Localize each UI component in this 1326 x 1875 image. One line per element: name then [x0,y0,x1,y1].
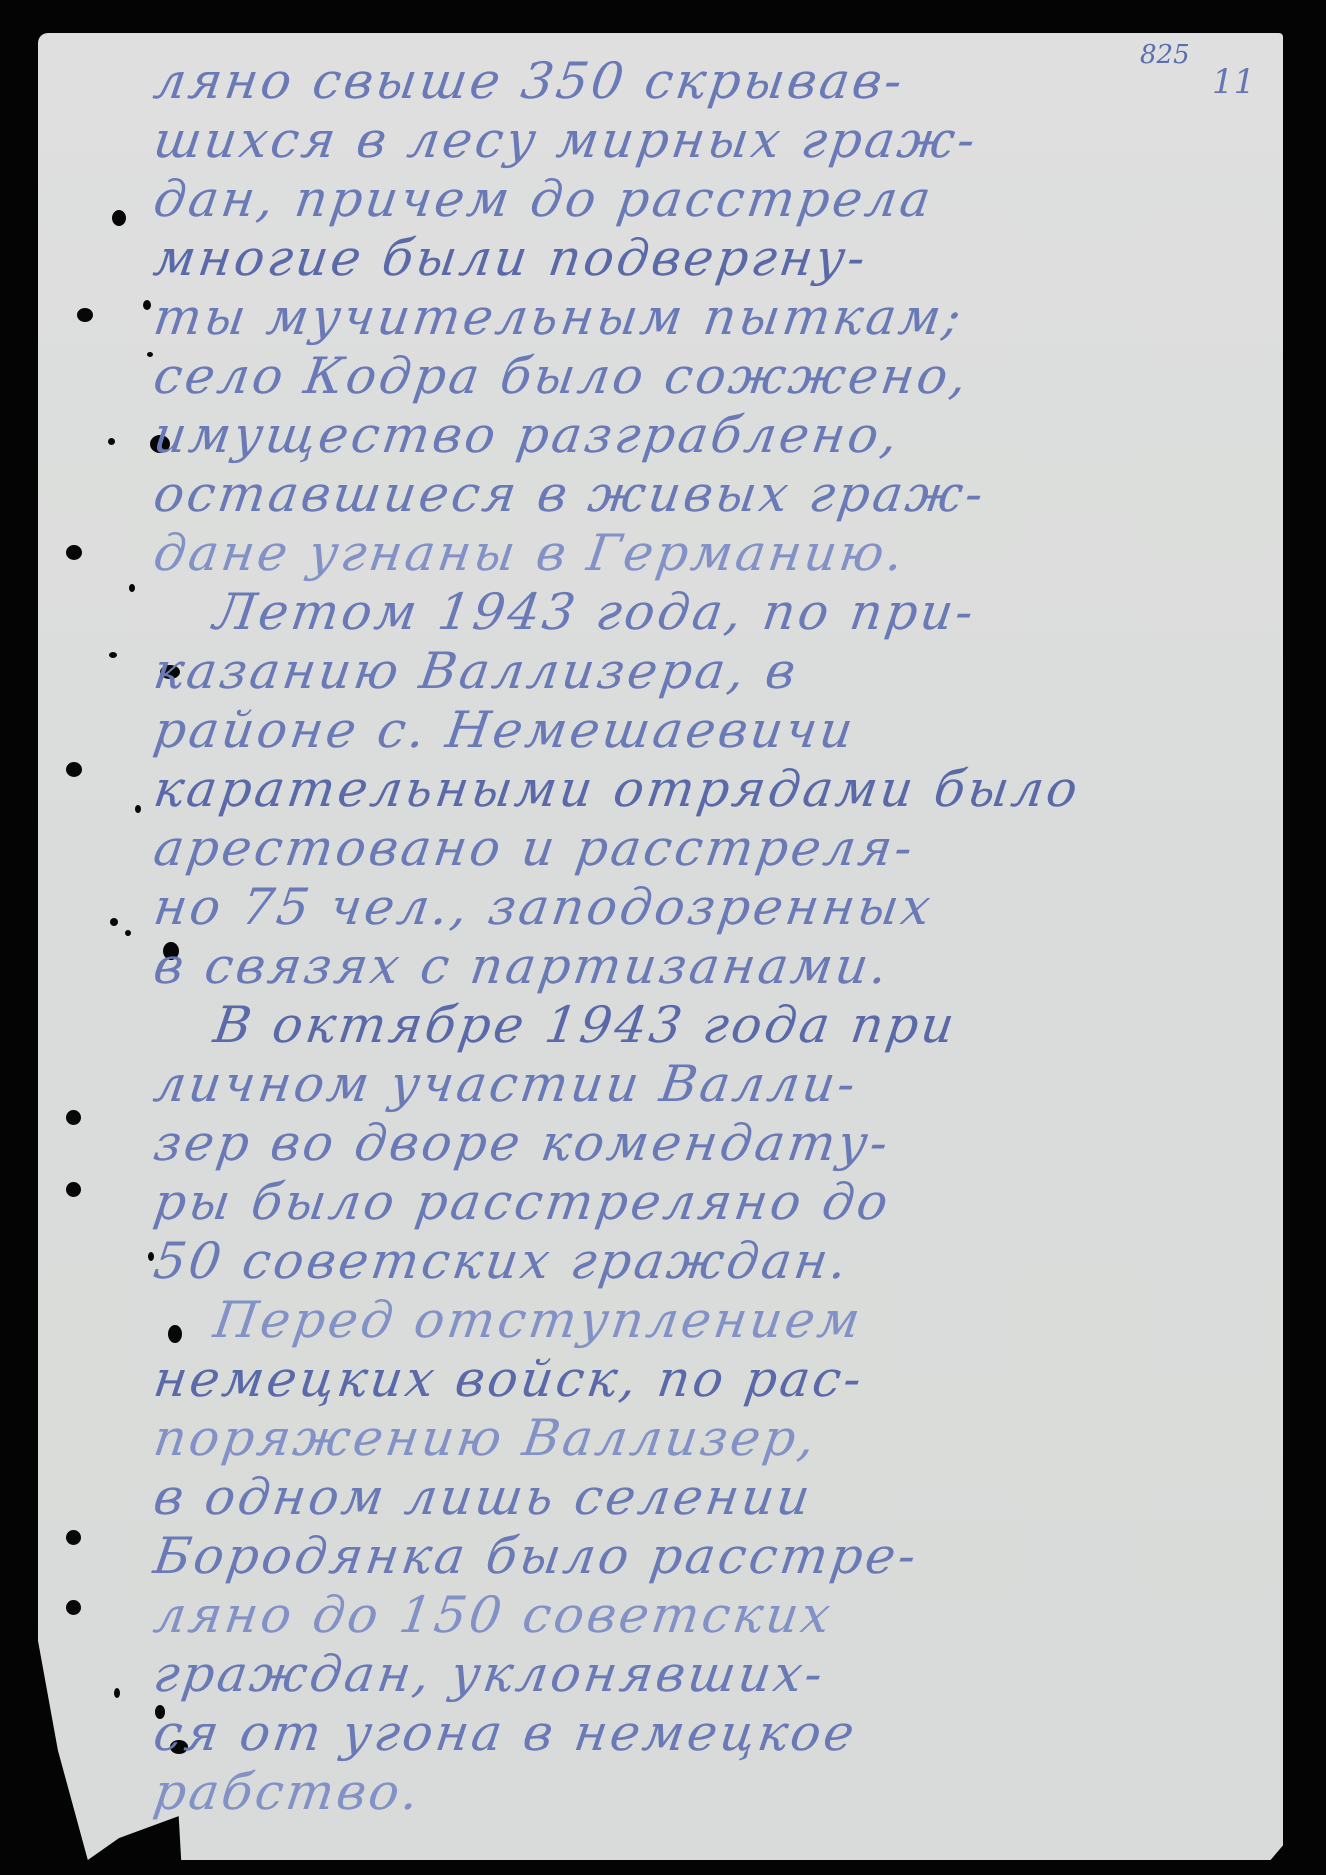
punch-hole [110,918,118,926]
punch-hole [135,805,141,813]
text-line: дане угнаны в Германию. [150,524,1298,583]
punch-hole [66,1182,81,1197]
text-line: поряжению Валлизер, [150,1409,1298,1468]
text-line: арестовано и расстреля- [150,819,1298,878]
text-line: в одном лишь селении [150,1468,1298,1527]
text-line: районе с. Немешаевичи [150,701,1298,760]
paragraph-start-line: Перед отступлением [150,1291,1298,1350]
text-line: немецких войск, по рас- [150,1350,1298,1409]
text-line: ляно до 150 советских [150,1586,1298,1645]
text-line: ся от угона в немецкое [150,1704,1298,1763]
text-line: карательными отрядами было [150,760,1298,819]
text-line: Бородянка было расстре- [150,1527,1298,1586]
punch-hole [108,438,115,445]
punch-hole [129,584,135,592]
text-line: ляно свыше 350 скрывав- [150,52,1298,111]
text-line: оставшиеся в живых граж- [150,465,1298,524]
handwritten-text: ляно свыше 350 скрывав- шихся в лесу мир… [150,52,1290,1822]
text-line: 50 советских граждан. [150,1232,1298,1291]
punch-hole [66,545,82,560]
text-line: зер во дворе комендату- [150,1114,1298,1173]
punch-hole [112,210,126,226]
punch-hole [66,1110,81,1125]
text-line: дан, причем до расстрела [150,170,1298,229]
paragraph-start-line: В октябре 1943 года при [150,996,1298,1055]
punch-hole [66,1600,81,1615]
text-line: село Кодра было сожжено, [150,347,1298,406]
text-line: ты мучительным пыткам; [150,288,1298,347]
text-line: но 75 чел., заподозренных [150,878,1298,937]
text-line: многие были подвергну- [150,229,1298,288]
punch-hole [125,930,131,936]
punch-hole [77,308,93,322]
punch-hole [66,762,82,777]
text-line: имущество разграблено, [150,406,1298,465]
punch-hole [114,1688,120,1698]
text-line: шихся в лесу мирных граж- [150,111,1298,170]
text-line: казанию Валлизера, в [150,642,1298,701]
scan-background: 825 11 ляно свыше 350 скрывав- шихся в л… [0,0,1326,1875]
text-line: рабство. [150,1763,1298,1822]
punch-hole [66,1530,81,1545]
paragraph-start-line: Летом 1943 года, по при- [150,583,1298,642]
text-line: личном участии Валли- [150,1055,1298,1114]
punch-hole [109,652,117,658]
text-line: ры было расстреляно до [150,1173,1298,1232]
text-line: в связях с партизанами. [150,937,1298,996]
text-line: граждан, уклонявших- [150,1645,1298,1704]
